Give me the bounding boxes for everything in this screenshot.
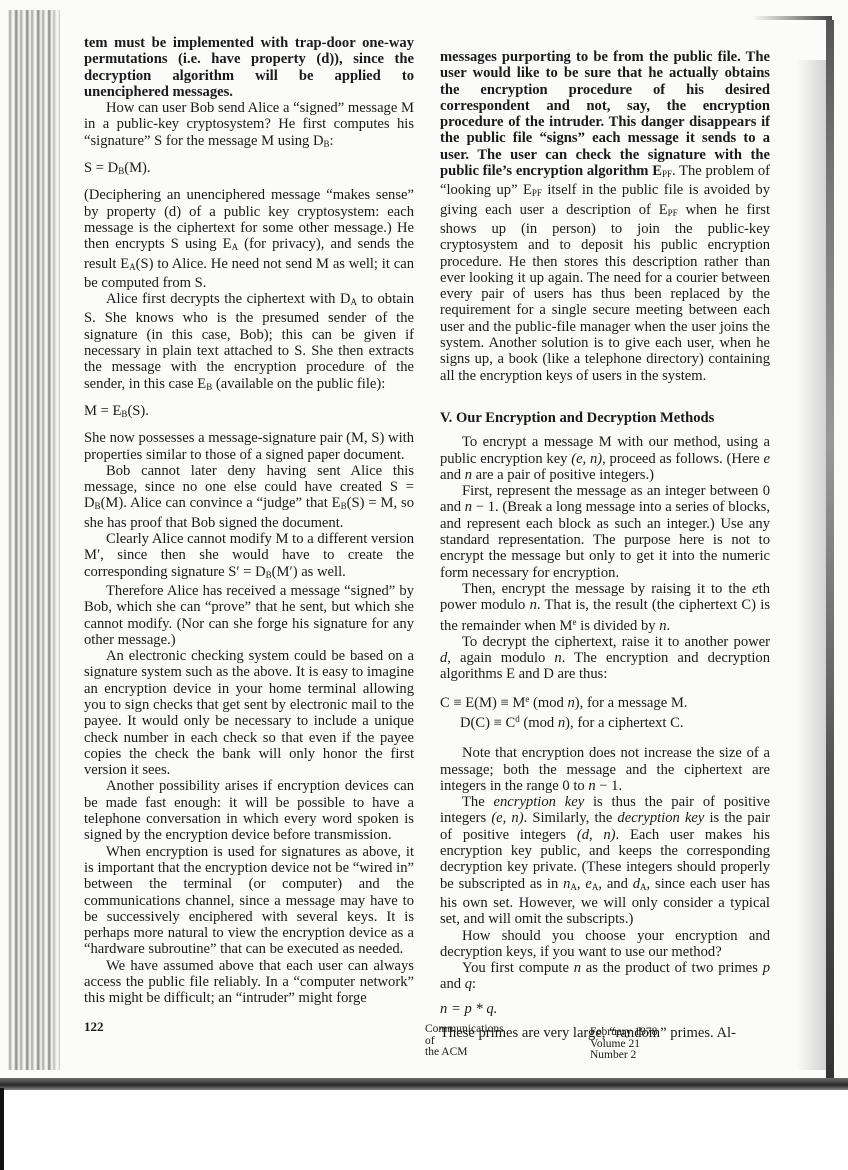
paragraph: You first compute n as the product of tw… (440, 960, 770, 993)
scanned-page: tem must be implemented with trap-door o… (0, 0, 848, 1080)
paragraph: First, represent the message as an integ… (440, 483, 770, 581)
paragraph: Therefore Alice has received a message “… (84, 583, 414, 648)
paragraph: How can user Bob send Alice a “signed” m… (84, 100, 414, 152)
paragraph: Alice first decrypts the ciphertext with… (84, 291, 414, 395)
paragraph: She now possesses a message-signature pa… (84, 430, 414, 463)
paragraph: tem must be implemented with trap-door o… (84, 35, 414, 100)
page-edge-right (826, 20, 834, 1080)
equation-decrypt: D(C) ≡ Cd (mod n), for a ciphertext C. (440, 711, 770, 731)
equation-verify: M = EB(S). (84, 403, 414, 422)
paragraph: Bob cannot later deny having sent Alice … (84, 463, 414, 531)
footer-issue-line: Number 2 (590, 1050, 657, 1062)
paragraph: Clearly Alice cannot modify M to a diffe… (84, 531, 414, 583)
page-edge-top (752, 16, 832, 20)
page-number: 122 (84, 1019, 104, 1035)
section-heading: V. Our Encryption and Decryption Methods (440, 410, 770, 426)
paragraph: Note that encryption does not increase t… (440, 745, 770, 794)
paragraph: Then, encrypt the message by raising it … (440, 581, 770, 634)
scan-border (0, 1088, 4, 1170)
paragraph: (Deciphering an unenciphered message “ma… (84, 187, 414, 291)
footer-issue: February 1978 Volume 21 Number 2 (590, 1027, 657, 1062)
paragraph: How should you choose your encryption an… (440, 928, 770, 961)
paragraph: Another possibility arises if encryption… (84, 778, 414, 843)
binding-fade (0, 0, 70, 1080)
paragraph: An electronic checking system could be b… (84, 648, 414, 778)
page-edge-shade (796, 60, 830, 1070)
paragraph: To decrypt the ciphertext, raise it to a… (440, 634, 770, 683)
footer-journal-line: Communications (425, 1024, 504, 1036)
paragraph: messages purporting to be from the publi… (440, 49, 770, 384)
equation-modulus: n = p * q. (440, 1001, 770, 1017)
page-bottom-edge (0, 1078, 848, 1090)
paragraph: When encryption is used for signatures a… (84, 844, 414, 958)
footer-issue-line: February 1978 (590, 1027, 657, 1039)
paragraph: We have assumed above that each user can… (84, 958, 414, 1007)
paragraph: To encrypt a message M with our method, … (440, 434, 770, 483)
equation-signature: S = DB(M). (84, 160, 414, 179)
right-column: messages purporting to be from the publi… (440, 49, 770, 1041)
footer-journal: Communications of the ACM (425, 1024, 504, 1059)
left-column: tem must be implemented with trap-door o… (84, 35, 414, 1007)
paragraph: The encryption key is thus the pair of p… (440, 794, 770, 927)
footer-journal-line: the ACM (425, 1047, 504, 1059)
equation-encrypt: C ≡ E(M) ≡ Me (mod n), for a message M. (440, 691, 770, 711)
